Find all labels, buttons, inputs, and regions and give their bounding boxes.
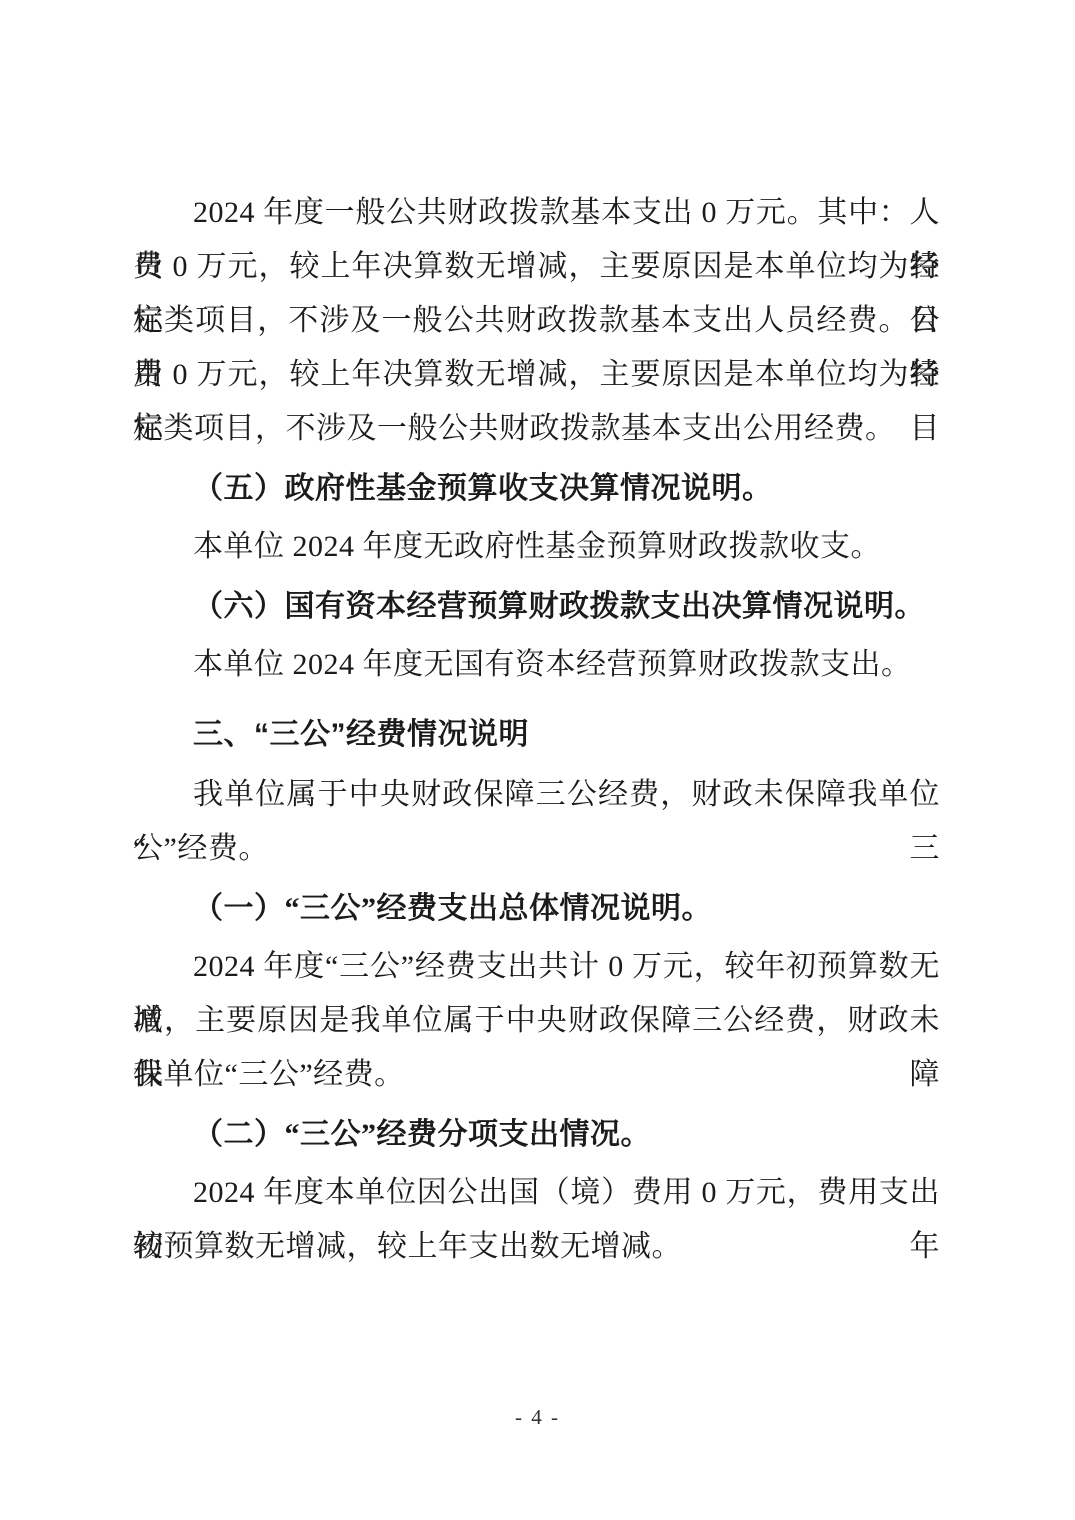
body-line: 标类项目，不涉及一般公共财政拨款基本支出人员经费。公用经 (133, 294, 940, 348)
subsection-heading: （五）政府性基金预算收支决算情况说明。 (133, 462, 940, 516)
document-body: 2024 年度一般公共财政拨款基本支出 0 万元。其中：人员经 费 0 万元，较… (133, 186, 940, 1274)
body-line: 费 0 万元，较上年决算数无增减，主要原因是本单位均为特定目 (133, 240, 940, 294)
body-line: 我单位属于中央财政保障三公经费，财政未保障我单位“三 (133, 768, 940, 822)
subsection-heading: （六）国有资本经营预算财政拨款支出决算情况说明。 (133, 580, 940, 634)
body-line: 标类项目，不涉及一般公共财政拨款基本支出公用经费。 (133, 402, 940, 456)
body-line: 本单位 2024 年度无政府性基金预算财政拨款收支。 (133, 520, 940, 574)
section-heading: 三、“三公”经费情况说明 (133, 708, 940, 762)
body-line: 2024 年度本单位因公出国（境）费用 0 万元，费用支出较年 (133, 1166, 940, 1220)
body-line: 本单位 2024 年度无国有资本经营预算财政拨款支出。 (133, 638, 940, 692)
page-number: - 4 - (0, 1402, 1075, 1432)
body-line: 费 0 万元，较上年决算数无增减，主要原因是本单位均为特定目 (133, 348, 940, 402)
body-line: 2024 年度一般公共财政拨款基本支出 0 万元。其中：人员经 (133, 186, 940, 240)
body-line: 2024 年度“三公”经费支出共计 0 万元，较年初预算数无增 (133, 940, 940, 994)
body-line: 减，主要原因是我单位属于中央财政保障三公经费，财政未保障 (133, 994, 940, 1048)
subsection-heading: （一）“三公”经费支出总体情况说明。 (133, 882, 940, 936)
subsection-heading: （二）“三公”经费分项支出情况。 (133, 1108, 940, 1162)
document-page: 2024 年度一般公共财政拨款基本支出 0 万元。其中：人员经 费 0 万元，较… (0, 0, 1075, 1520)
